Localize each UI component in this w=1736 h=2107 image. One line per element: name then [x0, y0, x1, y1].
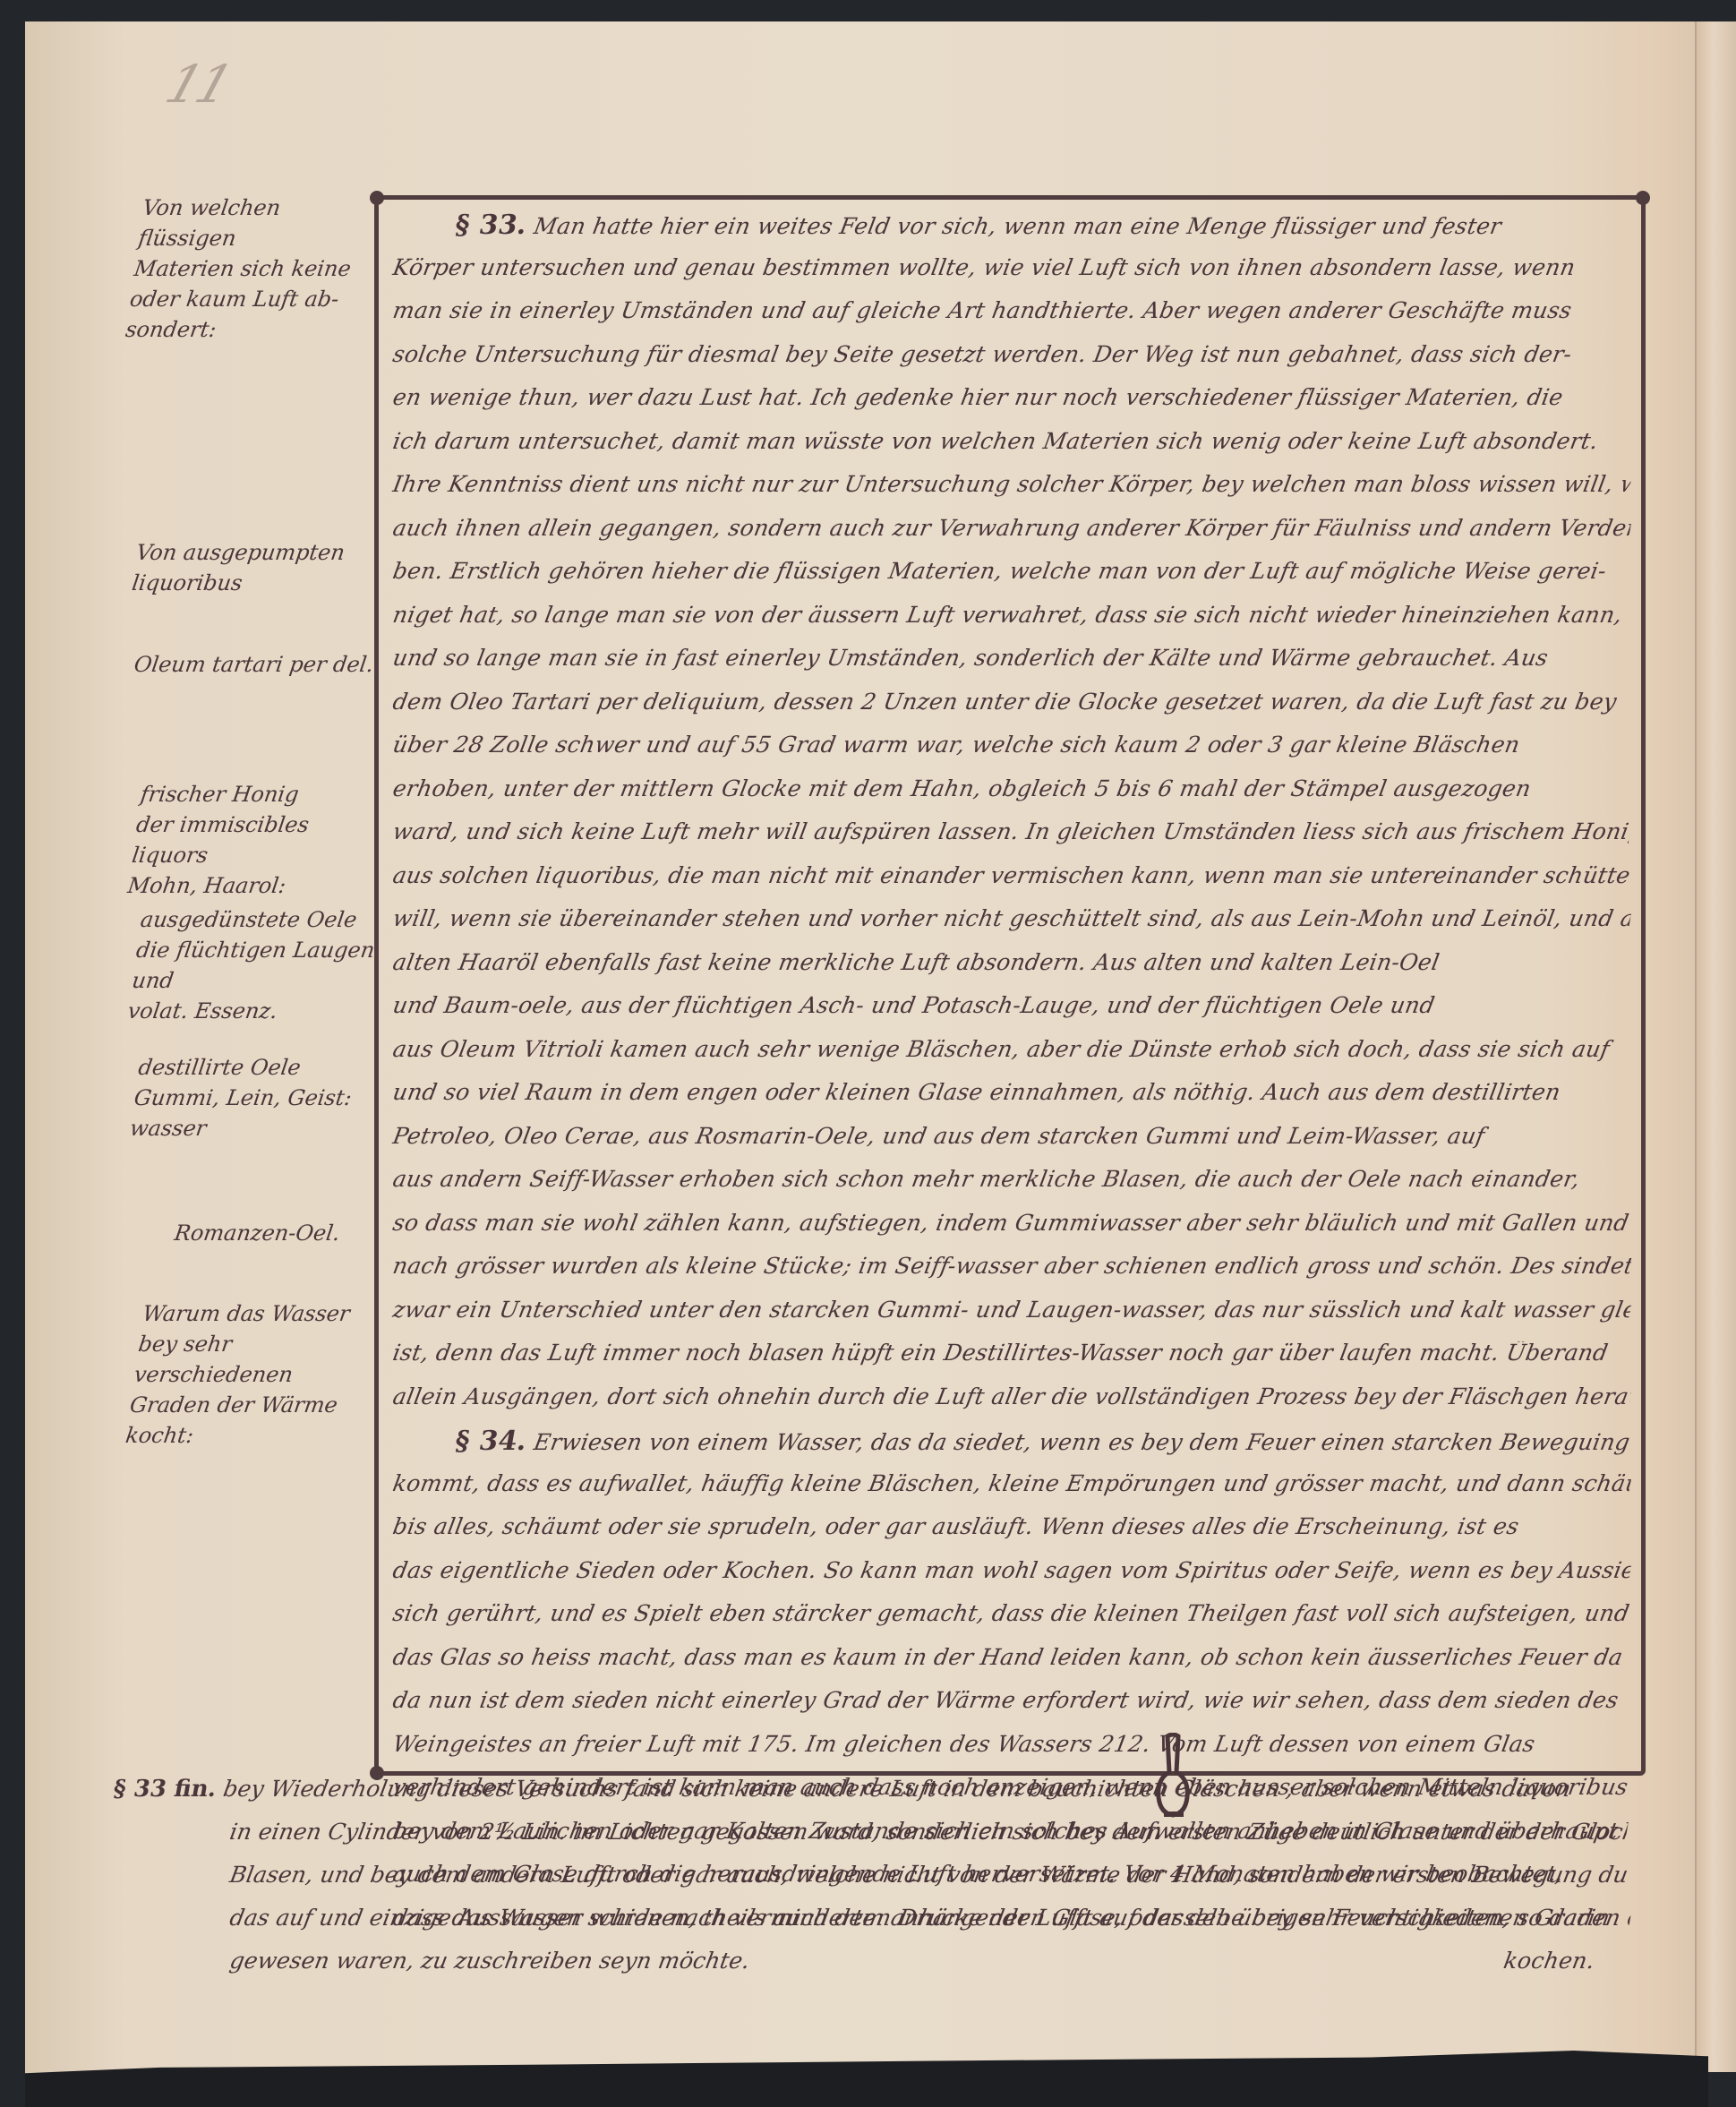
margin-note-line: Von welchen flüssigen [136, 193, 387, 253]
text-line: § 34. Erwiesen von einem Wasser, das da … [388, 1428, 1633, 1472]
text-line: und so viel Raum in dem engen oder klein… [388, 1081, 1633, 1125]
text-line: Weingeistes an freier Luft mit 175. Im g… [388, 1733, 1633, 1777]
text-line: allein Ausgängen, dort sich ohnehin durc… [388, 1385, 1633, 1429]
margin-note-4: frischer Honig der immiscibles liquors M… [125, 779, 384, 901]
footnote-marker: § 33 fin. [111, 1777, 218, 1803]
text-line: Körper untersuchen und genau bestimmen w… [388, 256, 1633, 300]
text-line: nach grösser wurden als kleine Stücke; i… [388, 1255, 1633, 1298]
text-line: solche Untersuchung für diesmal bey Seit… [388, 343, 1633, 387]
margin-note-line: kocht: [124, 1420, 370, 1451]
text-line: Ihre Kenntniss dient uns nicht nur zur U… [388, 473, 1633, 517]
margin-note-line: sondert: [124, 314, 370, 345]
text-line: ist, denn das Luft immer noch blasen hüp… [388, 1341, 1633, 1385]
text-line: und so lange man sie in fast einerley Um… [388, 647, 1633, 690]
footnote: § 33 fin. bey Wiederholung dieses Versuc… [112, 1777, 1625, 1992]
footnote-line: das auf und einzige Aussaugen schienen, … [108, 1906, 1629, 1949]
section-33-body: § 33. Man hatte hier ein weites Feld vor… [391, 212, 1629, 1993]
margin-note-line: ausgedünstete Oele [139, 904, 385, 935]
margin-note-1: Von welchen flüssigen Materien sich kein… [124, 193, 387, 345]
footnote-line: Blasen, und bey dem andern Lufft oder ga… [108, 1863, 1629, 1906]
margin-note-line: Warum das Wasser [141, 1298, 387, 1329]
margin-note-line: die flüchtigen Laugen und [130, 935, 381, 996]
text-line: aus solchen liquoribus, die man nicht mi… [388, 864, 1633, 908]
margin-note-line: Von ausgepumpten [134, 537, 381, 568]
margin-note-5: ausgedünstete Oele die flüchtigen Laugen… [125, 904, 384, 1026]
margin-note-line: bey sehr verschiedenen [133, 1329, 383, 1390]
margin-note-line: Gummi, Lein, Geist: [133, 1083, 379, 1113]
margin-note-line: wasser [128, 1113, 374, 1143]
margin-note-line: liquoribus [130, 568, 376, 598]
text-line: ward, und sich keine Luft mehr will aufs… [388, 820, 1633, 864]
footnote-line: in einen Cylinder von 2½ Lin. im Lichten… [108, 1820, 1629, 1863]
text-line: niget hat, so lange man sie von der äuss… [388, 604, 1633, 647]
margin-note-line: oder kaum Luft ab- [128, 284, 374, 314]
text-line: alten Haaröl ebenfalls fast keine merkli… [388, 951, 1633, 995]
corner-dot [1636, 191, 1650, 205]
text-line: will, wenn sie übereinander stehen und v… [388, 907, 1633, 951]
section-mark-34: § 34. [453, 1428, 530, 1457]
margin-note-line: frischer Honig [139, 779, 385, 809]
margin-note-6: destillirte Oele Gummi, Lein, Geist: was… [128, 1052, 382, 1143]
text-line: bis alles, schäumt oder sie sprudeln, od… [388, 1515, 1633, 1559]
text-line: § 33. Man hatte hier ein weites Feld vor… [388, 212, 1633, 256]
text-line: dem Oleo Tartari per deliquium, dessen 2… [388, 690, 1633, 734]
text-line: da nun ist dem sieden nicht einerley Gra… [388, 1689, 1633, 1733]
margin-note-8: Warum das Wasser bey sehr verschiedenen … [124, 1298, 387, 1451]
margin-note-line: volat. Essenz. [125, 996, 372, 1026]
text-line: zwar ein Unterschied unter den starcken … [388, 1298, 1633, 1342]
main-text-box: § 33. Man hatte hier ein weites Feld vor… [374, 195, 1646, 1776]
margin-note-3: Oleum tartari per del. [133, 649, 379, 680]
margin-note-line: destillirte Oele [136, 1052, 382, 1083]
footnote-line: § 33 fin. bey Wiederholung dieses Versuc… [108, 1777, 1629, 1820]
section-mark-33: § 33. [453, 212, 530, 241]
margin-note-line: der immiscibles liquors [130, 809, 381, 870]
book-gutter [1695, 21, 1736, 2072]
text-line: so dass man sie wohl zählen kann, aufsti… [388, 1212, 1633, 1255]
margin-note-2: Von ausgepumpten liquoribus [130, 537, 381, 598]
text-line: en wenige thun, wer dazu Lust hat. Ich g… [388, 386, 1633, 430]
text-line: über 28 Zolle schwer und auf 55 Grad war… [388, 733, 1633, 777]
text-line: kommt, dass es aufwallet, häuffig kleine… [388, 1472, 1633, 1516]
margin-note-line: Materien sich keine [133, 253, 379, 284]
text-line: erhoben, unter der mittlern Glocke mit d… [388, 777, 1633, 821]
text-line: Petroleo, Oleo Cerae, aus Rosmarin-Oele,… [388, 1125, 1633, 1169]
text-line: man sie in einerley Umständen und auf gl… [388, 299, 1633, 343]
text-line: und Baum-oele, aus der flüchtigen Asch- … [388, 994, 1633, 1038]
text-line: ich darum untersuchet, damit man wüsste … [388, 430, 1633, 474]
margin-note-line: Graden der Wärme [128, 1390, 374, 1420]
footnote-line: gewesen waren, zu zuschreiben seyn möcht… [108, 1949, 1629, 1992]
text-line: ben. Erstlich gehören hieher die flüssig… [388, 560, 1633, 604]
text-line: das Glas so heiss macht, dass man es kau… [388, 1646, 1633, 1690]
margin-note-line: Oleum tartari per del. [133, 649, 379, 680]
margin-note-line: Mohn, Haarol: [125, 870, 372, 901]
text-line: sich gerührt, und es Spielt eben stärcke… [388, 1602, 1633, 1646]
text-line: aus Oleum Vitrioli kamen auch sehr wenig… [388, 1038, 1633, 1082]
text-line: aus andern Seiff-Wasser erhoben sich sch… [388, 1168, 1633, 1212]
text-line: das eigentliche Sieden oder Kochen. So k… [388, 1559, 1633, 1603]
text-line: auch ihnen allein gegangen, sondern auch… [388, 517, 1633, 561]
corner-dot [370, 191, 384, 205]
